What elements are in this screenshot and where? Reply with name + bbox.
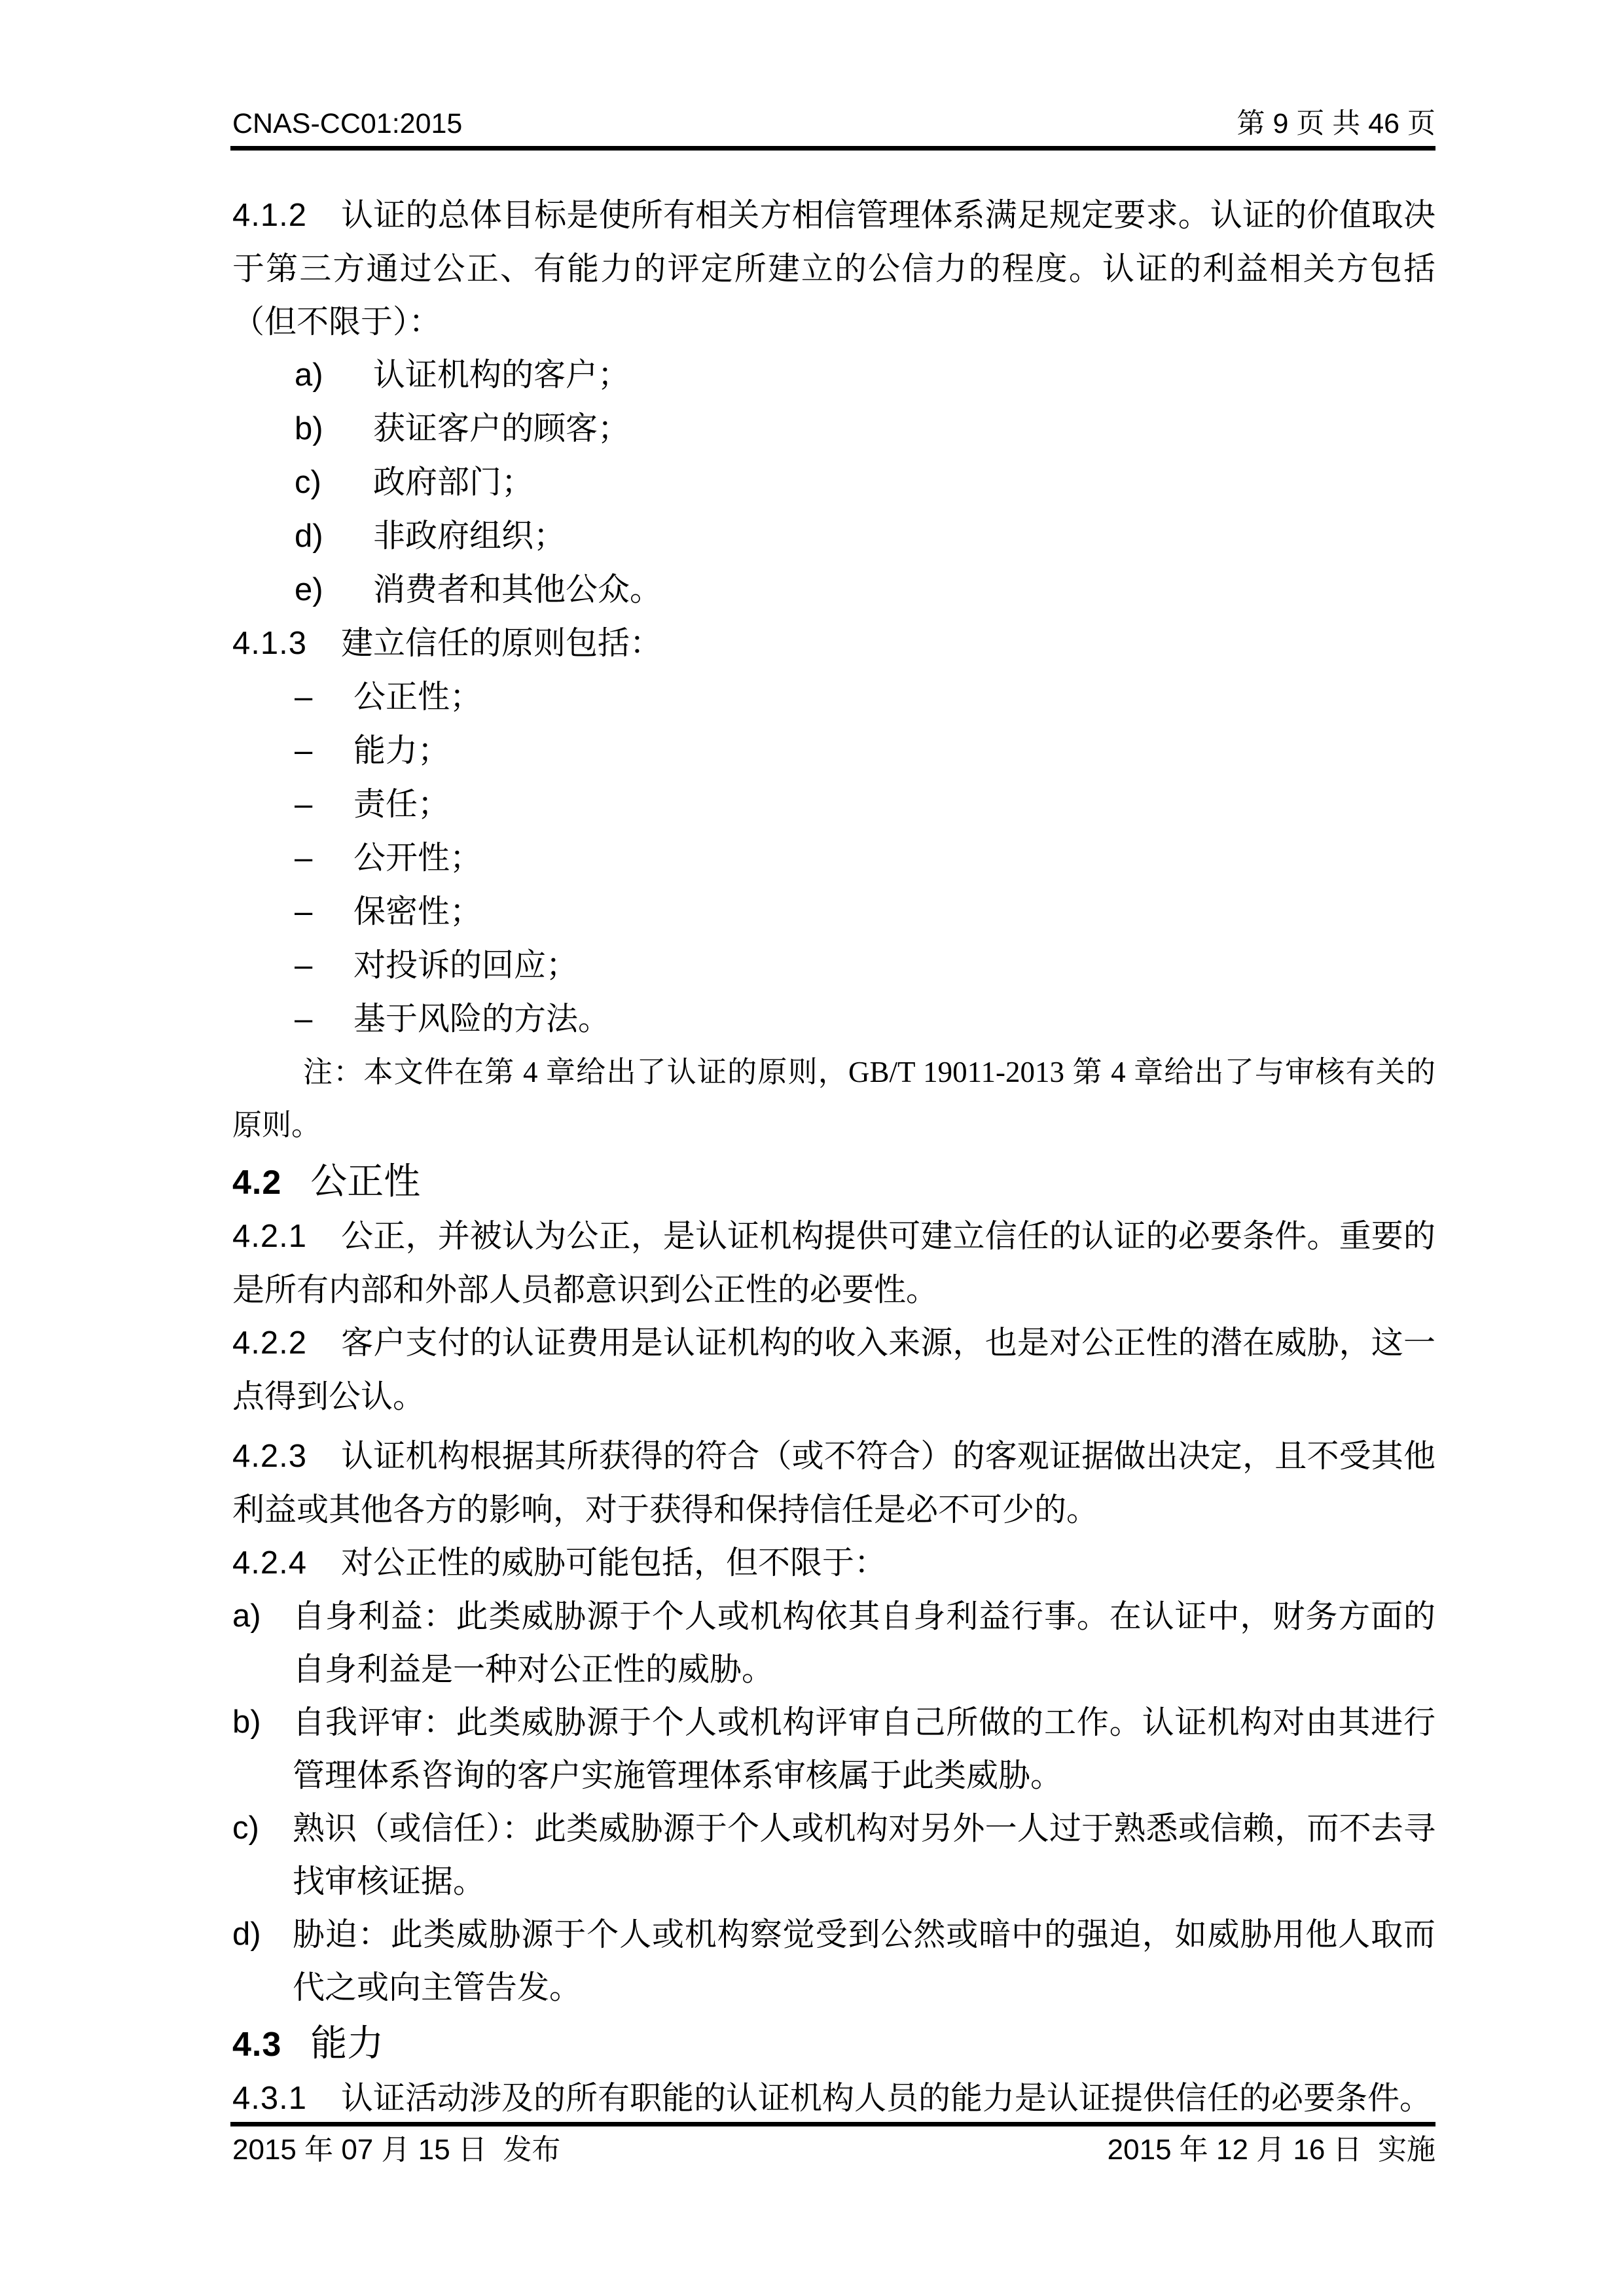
list-item: b)自我评审：此类威胁源于个人或机构评审自己所做的工作。认证机构对由其进行管理体… xyxy=(232,1696,1435,1802)
list-item-text: 认证机构的客户； xyxy=(373,357,630,393)
list-item-text: 基于风险的方法。 xyxy=(353,1001,610,1037)
page-header: CNAS-CC01:2015 第 9 页 共 46 页 xyxy=(232,107,1435,141)
clause-text: 建立信任的原则包括： xyxy=(341,625,662,661)
heading-4-2: 4.2公正性 xyxy=(232,1156,1435,1210)
dash-marker: – xyxy=(295,993,353,1046)
dash-marker: – xyxy=(295,778,353,831)
clause-number: 4.2.3 xyxy=(232,1439,307,1474)
note-paragraph: 注：本文件在第 4 章给出了认证的原则，GB/T 19011-2013 第 4 … xyxy=(232,1046,1435,1152)
implementation-date: 2015 年 12 月 16 日 实施 xyxy=(1108,2132,1435,2168)
list-item-text: 对投诉的回应； xyxy=(353,947,578,983)
clause-number: 4.1.3 xyxy=(232,626,307,661)
clause-number: 4.2.4 xyxy=(232,1545,307,1581)
dash-marker: – xyxy=(295,939,353,992)
list-item: –公正性； xyxy=(232,670,1435,724)
document-body: 4.1.2认证的总体目标是使所有相关方相信管理体系满足规定要求。认证的价值取决于… xyxy=(232,188,1435,2125)
list-item: d)胁迫：此类威胁源于个人或机构察觉受到公然或暗中的强迫，如威胁用他人取而代之或… xyxy=(232,1908,1435,2014)
clause-text: 认证的总体目标是使所有相关方相信管理体系满足规定要求。认证的价值取决于第三方通过… xyxy=(232,197,1435,340)
list-item: d)非政府组织； xyxy=(232,509,1435,563)
clause-text: 公正，并被认为公正，是认证机构提供可建立信任的认证的必要条件。重要的是所有内部和… xyxy=(232,1218,1435,1308)
list-item-label: b) xyxy=(232,1696,261,1749)
list-item-label: d) xyxy=(295,510,373,563)
para-4-2-4: 4.2.4对公正性的威胁可能包括，但不限于： xyxy=(232,1536,1435,1590)
list-item: a)自身利益：此类威胁源于个人或机构依其自身利益行事。在认证中，财务方面的自身利… xyxy=(232,1590,1435,1696)
list-item-label: c) xyxy=(232,1802,259,1855)
list-item: c)熟识（或信任）：此类威胁源于个人或机构对另外一人过于熟悉或信赖，而不去寻找审… xyxy=(232,1802,1435,1908)
para-4-1-2: 4.1.2认证的总体目标是使所有相关方相信管理体系满足规定要求。认证的价值取决于… xyxy=(232,188,1435,348)
release-date: 2015 年 07 月 15 日 发布 xyxy=(232,2132,560,2168)
list-item: a)认证机构的客户； xyxy=(232,348,1435,402)
document-page: CNAS-CC01:2015 第 9 页 共 46 页 4.1.2认证的总体目标… xyxy=(0,0,1624,2296)
dash-marker: – xyxy=(295,886,353,939)
list-item-text: 保密性； xyxy=(353,893,482,929)
list-item: b)获证客户的顾客； xyxy=(232,402,1435,456)
clause-number: 4.2.1 xyxy=(232,1219,307,1254)
para-4-2-3: 4.2.3认证机构根据其所获得的符合（或不符合）的客观证据做出决定，且不受其他利… xyxy=(232,1429,1435,1536)
list-item-text: 公开性； xyxy=(353,840,482,876)
list-item-text: 公正性； xyxy=(353,679,482,715)
para-4-3-1: 4.3.1认证活动涉及的所有职能的认证机构人员的能力是认证提供信任的必要条件。 xyxy=(232,2072,1435,2125)
clause-number: 4.1.2 xyxy=(232,198,307,233)
dash-marker: – xyxy=(295,832,353,885)
list-item-label: a) xyxy=(232,1590,261,1643)
principles-list: –公正性； –能力； –责任； –公开性； –保密性； –对投诉的回应； –基于… xyxy=(232,670,1435,1046)
list-item: –基于风险的方法。 xyxy=(232,992,1435,1046)
clause-number: 4.3.1 xyxy=(232,2081,307,2116)
list-item-text: 能力； xyxy=(353,732,450,768)
clause-text: 认证活动涉及的所有职能的认证机构人员的能力是认证提供信任的必要条件。 xyxy=(341,2080,1432,2116)
clause-number: 4.2.2 xyxy=(232,1325,307,1361)
heading-title: 能力 xyxy=(310,2024,384,2064)
list-item-text: 获证客户的顾客； xyxy=(373,410,630,446)
para-4-2-2: 4.2.2客户支付的认证费用是认证机构的收入来源，也是对公正性的潜在威胁，这一点… xyxy=(232,1316,1435,1423)
dash-marker: – xyxy=(295,725,353,778)
heading-title: 公正性 xyxy=(310,1162,420,1202)
clause-text: 认证机构根据其所获得的符合（或不符合）的客观证据做出决定，且不受其他利益或其他各… xyxy=(232,1438,1435,1528)
dash-marker: – xyxy=(295,671,353,724)
list-item-label: b) xyxy=(295,403,373,456)
list-item-text: 自我评审：此类威胁源于个人或机构评审自己所做的工作。认证机构对由其进行管理体系咨… xyxy=(293,1704,1435,1793)
list-item: –能力； xyxy=(232,724,1435,778)
list-item-text: 自身利益：此类威胁源于个人或机构依其自身利益行事。在认证中，财务方面的自身利益是… xyxy=(293,1598,1435,1687)
list-item-text: 消费者和其他公众。 xyxy=(373,571,662,607)
clause-text: 客户支付的认证费用是认证机构的收入来源，也是对公正性的潜在威胁，这一点得到公认。 xyxy=(232,1325,1435,1414)
para-4-1-3: 4.1.3建立信任的原则包括： xyxy=(232,617,1435,670)
footer-rule xyxy=(230,2122,1435,2126)
page-footer: 2015 年 07 月 15 日 发布 2015 年 12 月 16 日 实施 xyxy=(232,2132,1435,2168)
list-item-label: a) xyxy=(295,349,373,402)
list-item-label: c) xyxy=(295,456,373,509)
page-number-info: 第 9 页 共 46 页 xyxy=(1237,107,1435,141)
stakeholder-list: a)认证机构的客户； b)获证客户的顾客； c)政府部门； d)非政府组织； e… xyxy=(232,348,1435,617)
list-item: e)消费者和其他公众。 xyxy=(232,563,1435,617)
heading-number: 4.3 xyxy=(232,2026,281,2064)
heading-number: 4.2 xyxy=(232,1164,281,1202)
document-code: CNAS-CC01:2015 xyxy=(232,107,462,141)
list-item-label: d) xyxy=(232,1908,261,1961)
threats-list: a)自身利益：此类威胁源于个人或机构依其自身利益行事。在认证中，财务方面的自身利… xyxy=(232,1590,1435,2014)
header-rule xyxy=(230,146,1435,151)
list-item-text: 非政府组织； xyxy=(373,518,566,554)
clause-text: 对公正性的威胁可能包括，但不限于： xyxy=(341,1545,886,1581)
list-item-text: 胁迫：此类威胁源于个人或机构察觉受到公然或暗中的强迫，如威胁用他人取而代之或向主… xyxy=(293,1916,1435,2005)
list-item: –对投诉的回应； xyxy=(232,939,1435,992)
heading-4-3: 4.3能力 xyxy=(232,2018,1435,2072)
list-item: –责任； xyxy=(232,778,1435,831)
list-item: –公开性； xyxy=(232,831,1435,885)
list-item-text: 责任； xyxy=(353,786,450,822)
list-item: –保密性； xyxy=(232,885,1435,939)
list-item-text: 熟识（或信任）：此类威胁源于个人或机构对另外一人过于熟悉或信赖，而不去寻找审核证… xyxy=(293,1810,1435,1899)
list-item-text: 政府部门； xyxy=(373,464,533,500)
list-item: c)政府部门； xyxy=(232,456,1435,509)
para-4-2-1: 4.2.1公正，并被认为公正，是认证机构提供可建立信任的认证的必要条件。重要的是… xyxy=(232,1210,1435,1316)
list-item-label: e) xyxy=(295,564,373,617)
